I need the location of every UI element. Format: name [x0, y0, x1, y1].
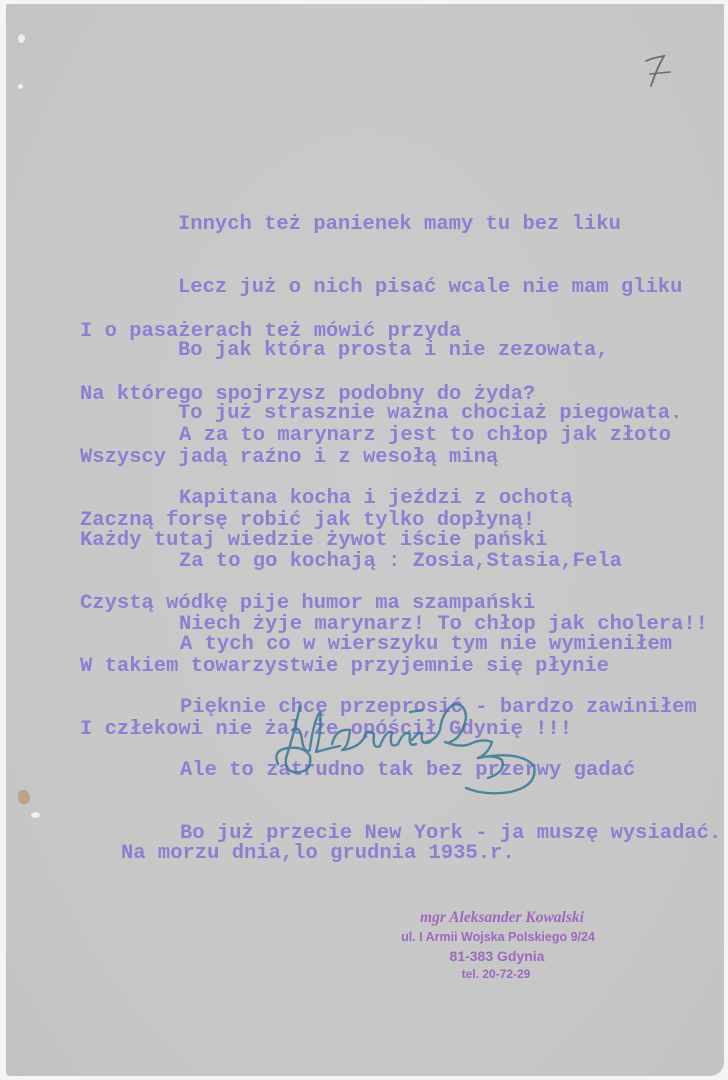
- poem-line: Bo już przecie New York - ja muszę wysia…: [180, 823, 721, 844]
- stamp-address: ul. I Armii Wojska Polskiego 9/24: [366, 928, 630, 946]
- poem-line: A za to marynarz jest to chłop jak złoto: [179, 425, 708, 446]
- date-line: Na morzu dnia,lo grudnia 1935.r.: [121, 843, 515, 864]
- poem-line: A tych co w wierszyku tym nie wymieniłem: [180, 634, 721, 655]
- stamp-city: 81-383 Gdynia: [364, 946, 630, 966]
- handwritten-signature: handwritten signature in blue ink: [270, 690, 560, 810]
- poem-line: I o pasażerach też mówić przyda: [80, 321, 535, 342]
- page-number-handwritten: 7: [642, 52, 676, 92]
- paper-hole: [18, 84, 23, 89]
- poem-line: Innych też panienek mamy tu bez liku: [178, 214, 682, 235]
- stamp-phone: tel. 20-72-29: [362, 966, 630, 983]
- paper-hole: [18, 34, 25, 43]
- stain-mark: [18, 790, 30, 804]
- paper-hole: [31, 812, 40, 818]
- address-stamp: mgr Aleksander Kowalski ul. I Armii Wojs…: [360, 908, 630, 983]
- poem-line: Każdy tutaj wiedzie żywot iście pański: [80, 530, 609, 551]
- stamp-name: mgr Aleksander Kowalski: [374, 908, 630, 928]
